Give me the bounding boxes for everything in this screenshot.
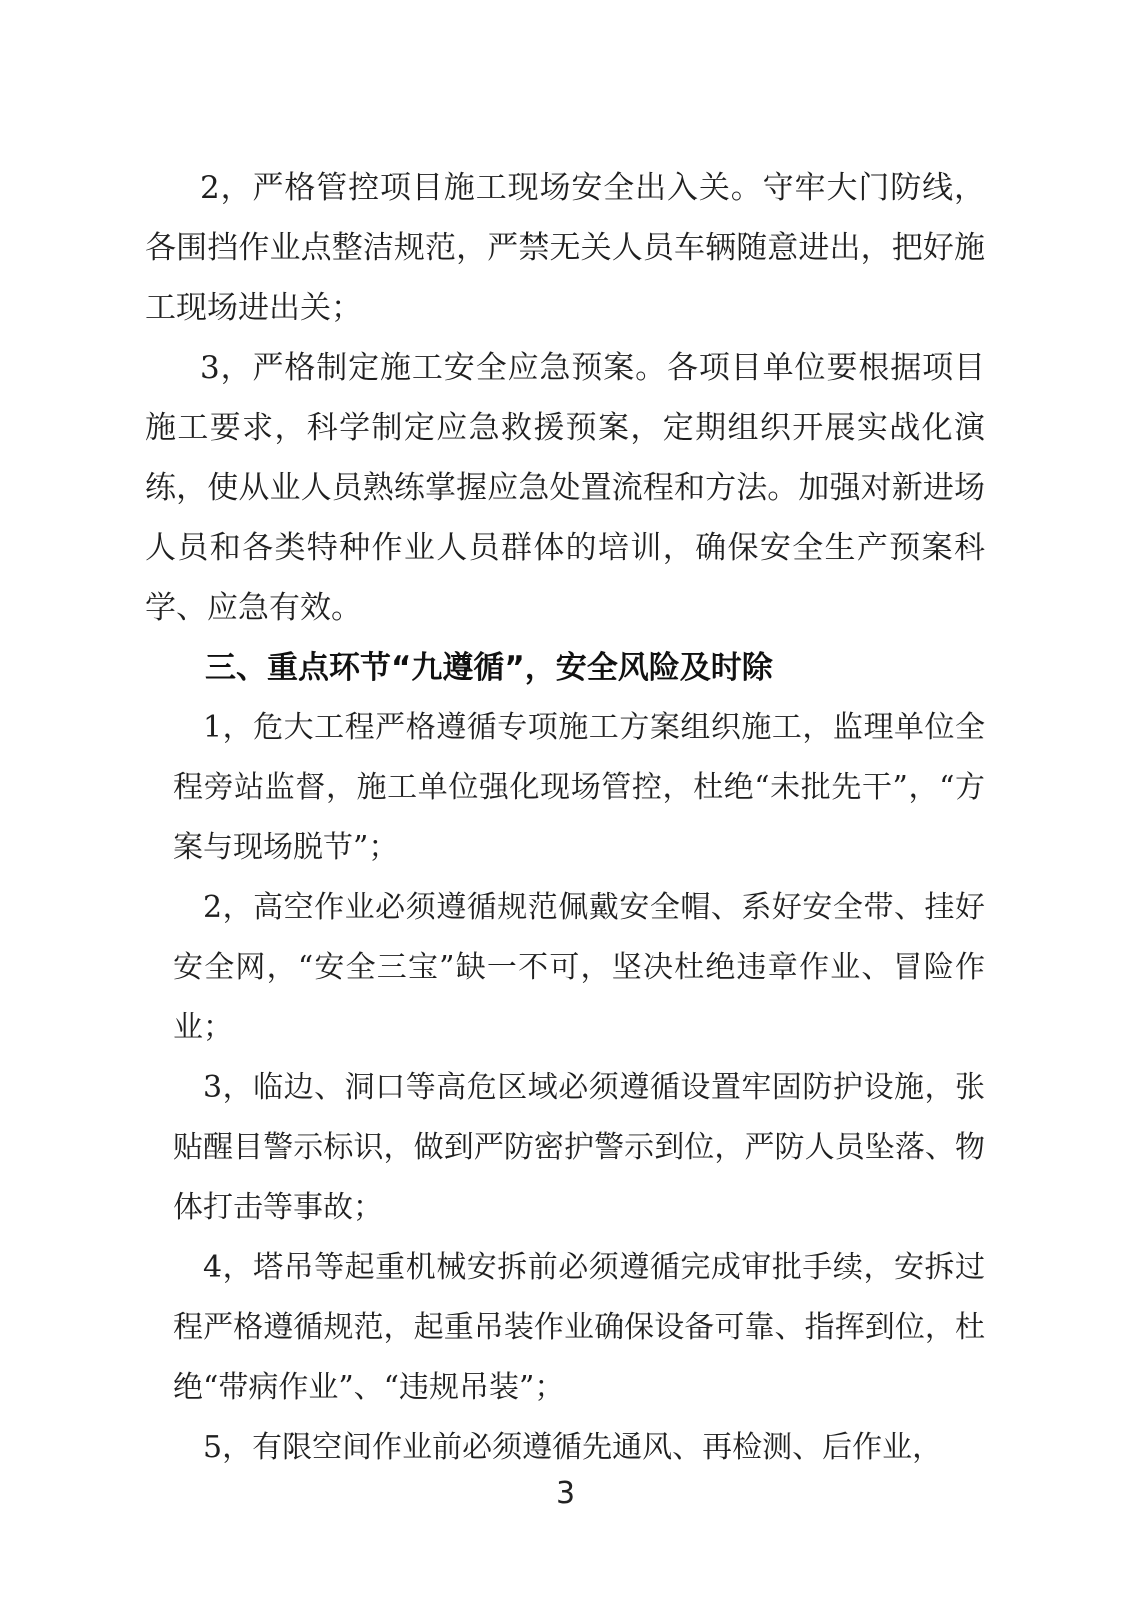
list-item-2: 2，高空作业必须遵循规范佩戴安全帽、系好安全带、挂好安全网，“安全三宝”缺一不可… (173, 878, 985, 1058)
list-item-5: 5，有限空间作业前必须遵循先通风、再检测、后作业， (173, 1418, 985, 1478)
paragraph-item-3: 3，严格制定施工安全应急预案。各项目单位要根据项目施工要求，科学制定应急救援预案… (145, 338, 985, 638)
document-page: 2，严格管控项目施工现场安全出入关。守牢大门防线，各围挡作业点整洁规范，严禁无关… (0, 0, 1131, 1600)
list-item-1: 1，危大工程严格遵循专项施工方案组织施工，监理单位全程旁站监督，施工单位强化现场… (173, 698, 985, 878)
page-number: 3 (0, 1478, 1131, 1510)
section-heading-three: 三、重点环节“九遵循”，安全风险及时除 (145, 638, 985, 698)
paragraph-item-2: 2，严格管控项目施工现场安全出入关。守牢大门防线，各围挡作业点整洁规范，严禁无关… (145, 158, 985, 338)
list-item-3: 3，临边、洞口等高危区域必须遵循设置牢固防护设施，张贴醒目警示标识，做到严防密护… (173, 1058, 985, 1238)
list-item-4: 4，塔吊等起重机械安拆前必须遵循完成审批手续，安拆过程严格遵循规范，起重吊装作业… (173, 1238, 985, 1418)
